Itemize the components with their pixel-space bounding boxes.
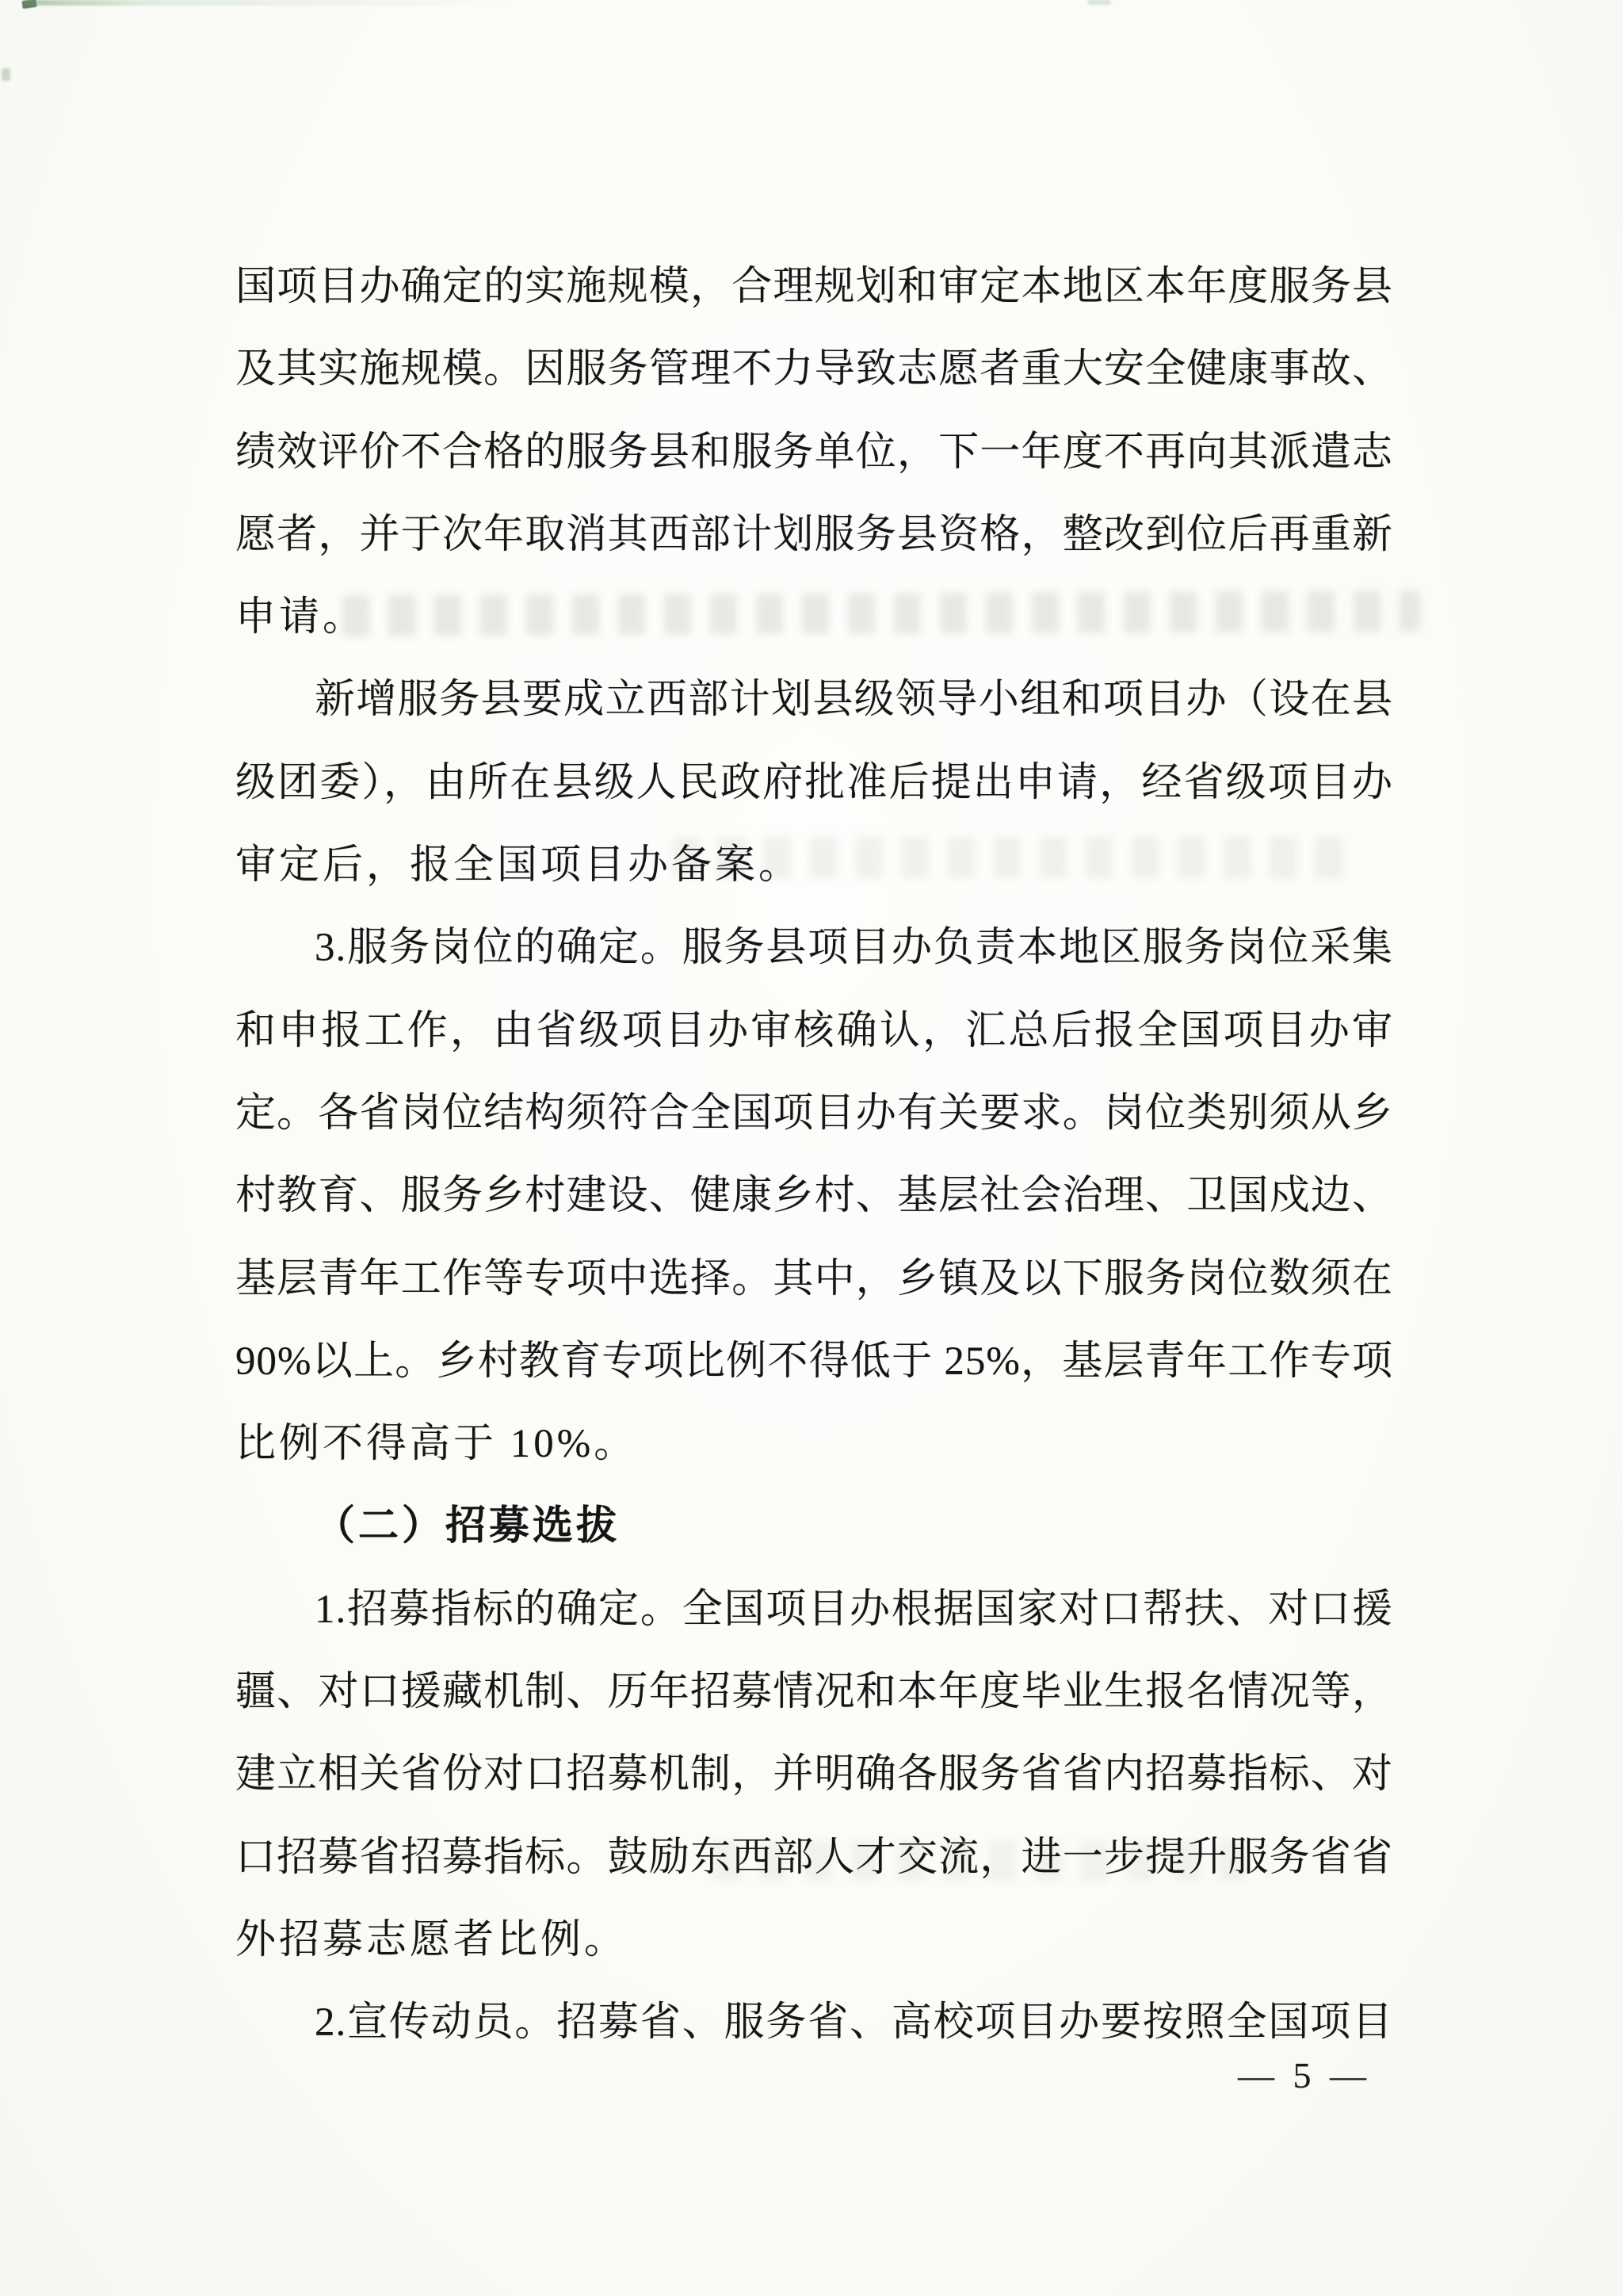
scan-smudge-icon: [21, 0, 36, 9]
text-line: 申请。: [235, 576, 1393, 659]
text-line: 外招募志愿者比例。: [235, 1899, 1393, 1981]
text-line: 及其实施规模。因服务管理不力导致志愿者重大安全健康事故、: [235, 328, 1393, 411]
text-line: 疆、对口援藏机制、历年招募情况和本年度毕业生报名情况等，: [235, 1651, 1393, 1733]
text-line: 国项目办确定的实施规模，合理规划和审定本地区本年度服务县: [235, 246, 1393, 328]
text-line: 90%以上。乡村教育专项比例不得低于 25%，基层青年工作专项: [235, 1320, 1393, 1403]
text-line: 村教育、服务乡村建设、健康乡村、基层社会治理、卫国戍边、: [235, 1155, 1393, 1237]
scan-speck-left: [2, 68, 10, 81]
text-line: 基层青年工作等专项中选择。其中，乡镇及以下服务岗位数须在: [235, 1238, 1393, 1320]
scan-speck-top-right: [1087, 0, 1111, 5]
page-number: — 5 —: [1238, 2057, 1371, 2094]
text-line: 愿者，并于次年取消其西部计划服务县资格，整改到位后再重新: [235, 494, 1393, 576]
text-line: 新增服务县要成立西部计划县级领导小组和项目办（设在县: [235, 659, 1393, 741]
document-page: 国项目办确定的实施规模，合理规划和审定本地区本年度服务县 及其实施规模。因服务管…: [0, 0, 1623, 2296]
scan-streak-top: [24, 0, 511, 6]
text-line: 2.宣传动员。招募省、服务省、高校项目办要按照全国项目: [235, 1981, 1393, 2064]
section-heading: （二）招募选拔: [235, 1485, 1393, 1568]
text-line: 3.服务岗位的确定。服务县项目办负责本地区服务岗位采集: [235, 907, 1393, 989]
text-line: 口招募省招募指标。鼓励东西部人才交流，进一步提升服务省省: [235, 1817, 1393, 1899]
text-line: 审定后，报全国项目办备案。: [235, 824, 1393, 907]
text-block: 国项目办确定的实施规模，合理规划和审定本地区本年度服务县 及其实施规模。因服务管…: [235, 246, 1393, 2065]
text-line: 定。各省岗位结构须符合全国项目办有关要求。岗位类别须从乡: [235, 1072, 1393, 1155]
text-line: 比例不得高于 10%。: [235, 1403, 1393, 1485]
text-line: 绩效评价不合格的服务县和服务单位，下一年度不再向其派遣志: [235, 411, 1393, 494]
text-line: 1.招募指标的确定。全国项目办根据国家对口帮扶、对口援: [235, 1568, 1393, 1651]
text-line: 和申报工作，由省级项目办审核确认，汇总后报全国项目办审: [235, 990, 1393, 1072]
text-line: 建立相关省份对口招募机制，并明确各服务省省内招募指标、对: [235, 1733, 1393, 1816]
text-line: 级团委），由所在县级人民政府批准后提出申请，经省级项目办: [235, 742, 1393, 824]
